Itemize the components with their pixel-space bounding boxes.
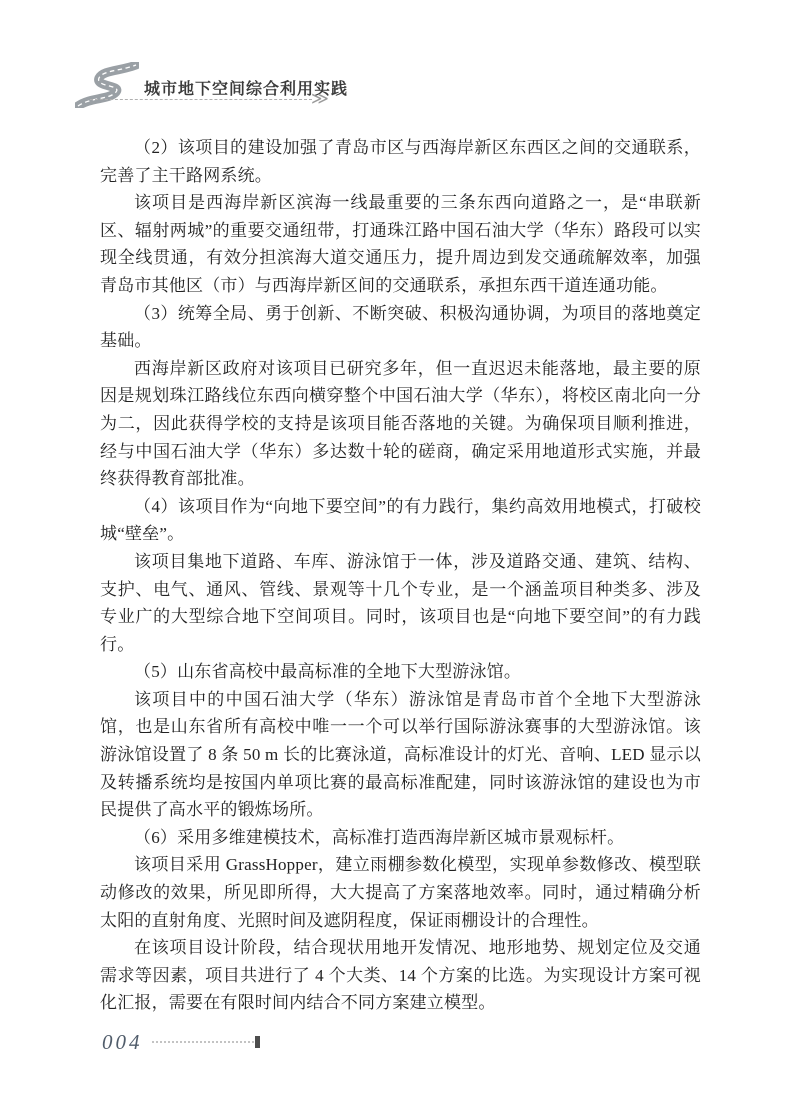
paragraph: （2）该项目的建设加强了青岛市区与西海岸新区东西区之间的交通联系，完善了主干路网… xyxy=(100,134,701,189)
paragraph: 该项目集地下道路、车库、游泳馆于一体，涉及道路交通、建筑、结构、支护、电气、通风… xyxy=(100,548,701,658)
paragraph: 该项目采用 GrassHopper，建立雨棚参数化模型，实现单参数修改、模型联动… xyxy=(100,851,701,934)
header-divider xyxy=(90,99,312,100)
page-footer: 004 xyxy=(102,1028,260,1056)
footer-divider xyxy=(152,1041,254,1043)
paragraph: 西海岸新区政府对该项目已研究多年，但一直迟迟未能落地，最主要的原因是规划珠江路线… xyxy=(100,355,701,493)
double-chevron-icon: ≫ xyxy=(311,89,329,109)
road-logo-icon xyxy=(75,62,139,108)
paragraph: 该项目是西海岸新区滨海一线最重要的三条东西向道路之一，是“串联新区、辐射两城”的… xyxy=(100,189,701,299)
page-number: 004 xyxy=(102,1032,143,1053)
page-header: 城市地下空间综合利用实践 ≫ xyxy=(75,60,345,110)
paragraph: 该项目中的中国石油大学（华东）游泳馆是青岛市首个全地下大型游泳馆，也是山东省所有… xyxy=(100,686,701,824)
paragraph: 在该项目设计阶段，结合现状用地开发情况、地形地势、规划定位及交通需求等因素，项目… xyxy=(100,934,701,1017)
page-content: （2）该项目的建设加强了青岛市区与西海岸新区东西区之间的交通联系，完善了主干路网… xyxy=(100,134,701,1017)
paragraph: （3）统筹全局、勇于创新、不断突破、积极沟通协调，为项目的落地奠定基础。 xyxy=(100,300,701,355)
paragraph: （5）山东省高校中最高标准的全地下大型游泳馆。 xyxy=(100,658,701,686)
book-page: 城市地下空间综合利用实践 ≫ （2）该项目的建设加强了青岛市区与西海岸新区东西区… xyxy=(0,0,799,1114)
paragraph: （4）该项目作为“向地下要空间”的有力践行，集约高效用地模式，打破校城“壁垒”。 xyxy=(100,493,701,548)
footer-end-block xyxy=(255,1036,260,1048)
paragraph: （6）采用多维建模技术，高标准打造西海岸新区城市景观标杆。 xyxy=(100,824,701,852)
